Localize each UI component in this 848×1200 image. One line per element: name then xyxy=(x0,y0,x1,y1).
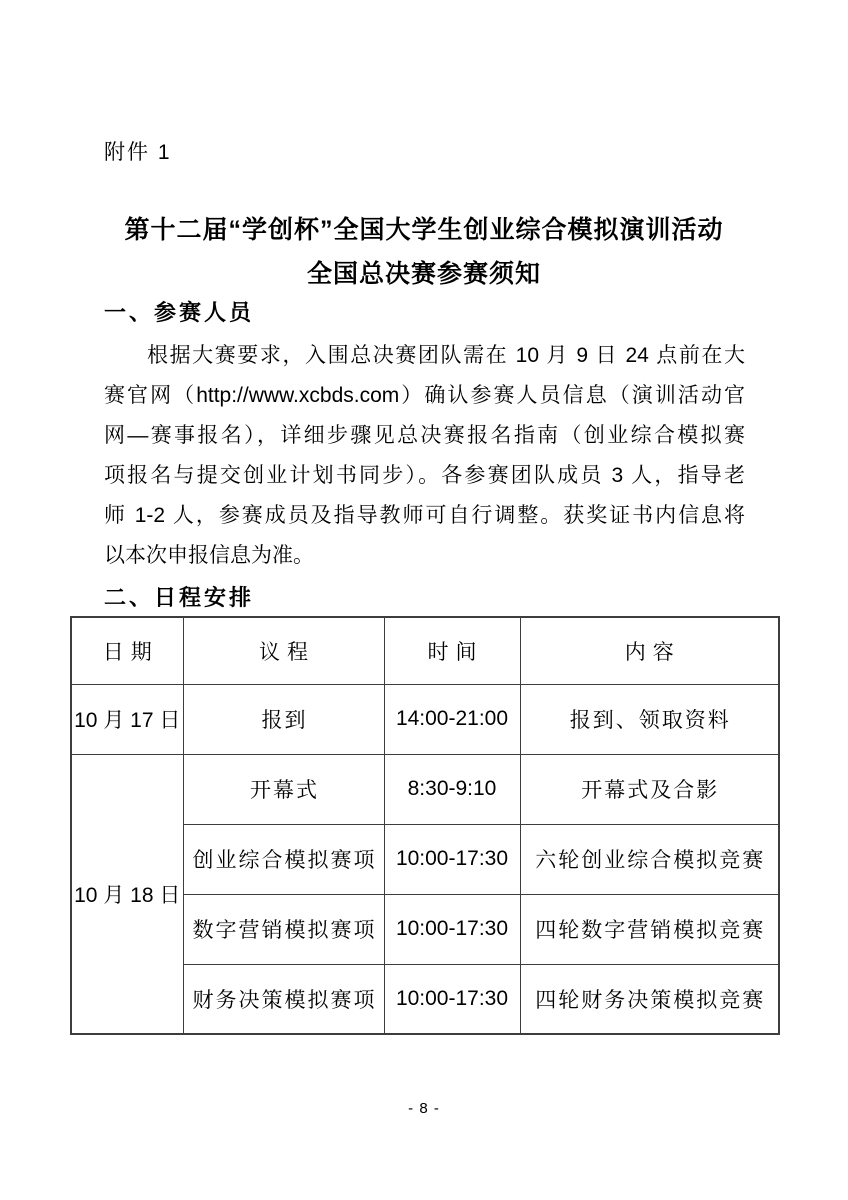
paragraph-line: 以本次申报信息为准。 xyxy=(104,536,745,576)
header-cell-date: 日期 xyxy=(71,617,183,684)
agenda-cell: 财务决策模拟赛项 xyxy=(183,964,384,1034)
agenda-cell: 报到 xyxy=(183,684,384,754)
document-page: 附件 1 第十二届“学创杯”全国大学生创业综合模拟演训活动 全国总决赛参赛须知 … xyxy=(0,0,848,1200)
participants-paragraph: 根据大赛要求，入围总决赛团队需在 10 月 9 日 24 点前在大 赛官网（ht… xyxy=(104,336,745,576)
paragraph-line: 项报名与提交创业计划书同步）。各参赛团队成员 3 人，指导老 xyxy=(104,456,745,496)
time-cell: 14:00-21:00 xyxy=(384,684,520,754)
content-cell: 四轮数字营销模拟竞赛 xyxy=(520,894,779,964)
document-title: 第十二届“学创杯”全国大学生创业综合模拟演训活动 全国总决赛参赛须知 xyxy=(0,208,848,296)
paragraph-line: 师 1-2 人，参赛成员及指导教师可自行调整。获奖证书内信息将 xyxy=(104,496,745,536)
agenda-cell: 开幕式 xyxy=(183,754,384,824)
page-number: - 8 - xyxy=(0,1100,848,1117)
paragraph-line: 根据大赛要求，入围总决赛团队需在 10 月 9 日 24 点前在大 xyxy=(104,336,745,376)
paragraph-line: 赛官网（http://www.xcbds.com）确认参赛人员信息（演训活动官 xyxy=(104,376,745,416)
time-cell: 10:00-17:30 xyxy=(384,894,520,964)
time-cell: 8:30-9:10 xyxy=(384,754,520,824)
header-cell-agenda: 议程 xyxy=(183,617,384,684)
paragraph-line: 网—赛事报名），详细步骤见总决赛报名指南（创业综合模拟赛 xyxy=(104,416,745,456)
schedule-table: 日期 议程 时间 内容 10 月 17 日 报到 14:00-21:00 报到、… xyxy=(70,616,780,1035)
date-cell: 10 月 17 日 xyxy=(71,684,183,754)
time-cell: 10:00-17:30 xyxy=(384,824,520,894)
table-row: 10 月 18 日 开幕式 8:30-9:10 开幕式及合影 xyxy=(71,754,779,824)
date-cell: 10 月 18 日 xyxy=(71,754,183,1034)
document-title-line-1: 第十二届“学创杯”全国大学生创业综合模拟演训活动 xyxy=(0,208,848,252)
content-cell: 报到、领取资料 xyxy=(520,684,779,754)
time-cell: 10:00-17:30 xyxy=(384,964,520,1034)
table-row: 10 月 17 日 报到 14:00-21:00 报到、领取资料 xyxy=(71,684,779,754)
section-heading-schedule: 二、日程安排 xyxy=(104,581,254,612)
content-cell: 四轮财务决策模拟竞赛 xyxy=(520,964,779,1034)
content-cell: 开幕式及合影 xyxy=(520,754,779,824)
attachment-label: 附件 1 xyxy=(104,136,172,166)
agenda-cell: 创业综合模拟赛项 xyxy=(183,824,384,894)
table-header-row: 日期 议程 时间 内容 xyxy=(71,617,779,684)
header-cell-time: 时间 xyxy=(384,617,520,684)
agenda-cell: 数字营销模拟赛项 xyxy=(183,894,384,964)
section-heading-participants: 一、参赛人员 xyxy=(104,296,254,327)
document-title-line-2: 全国总决赛参赛须知 xyxy=(0,252,848,296)
content-cell: 六轮创业综合模拟竞赛 xyxy=(520,824,779,894)
header-cell-content: 内容 xyxy=(520,617,779,684)
